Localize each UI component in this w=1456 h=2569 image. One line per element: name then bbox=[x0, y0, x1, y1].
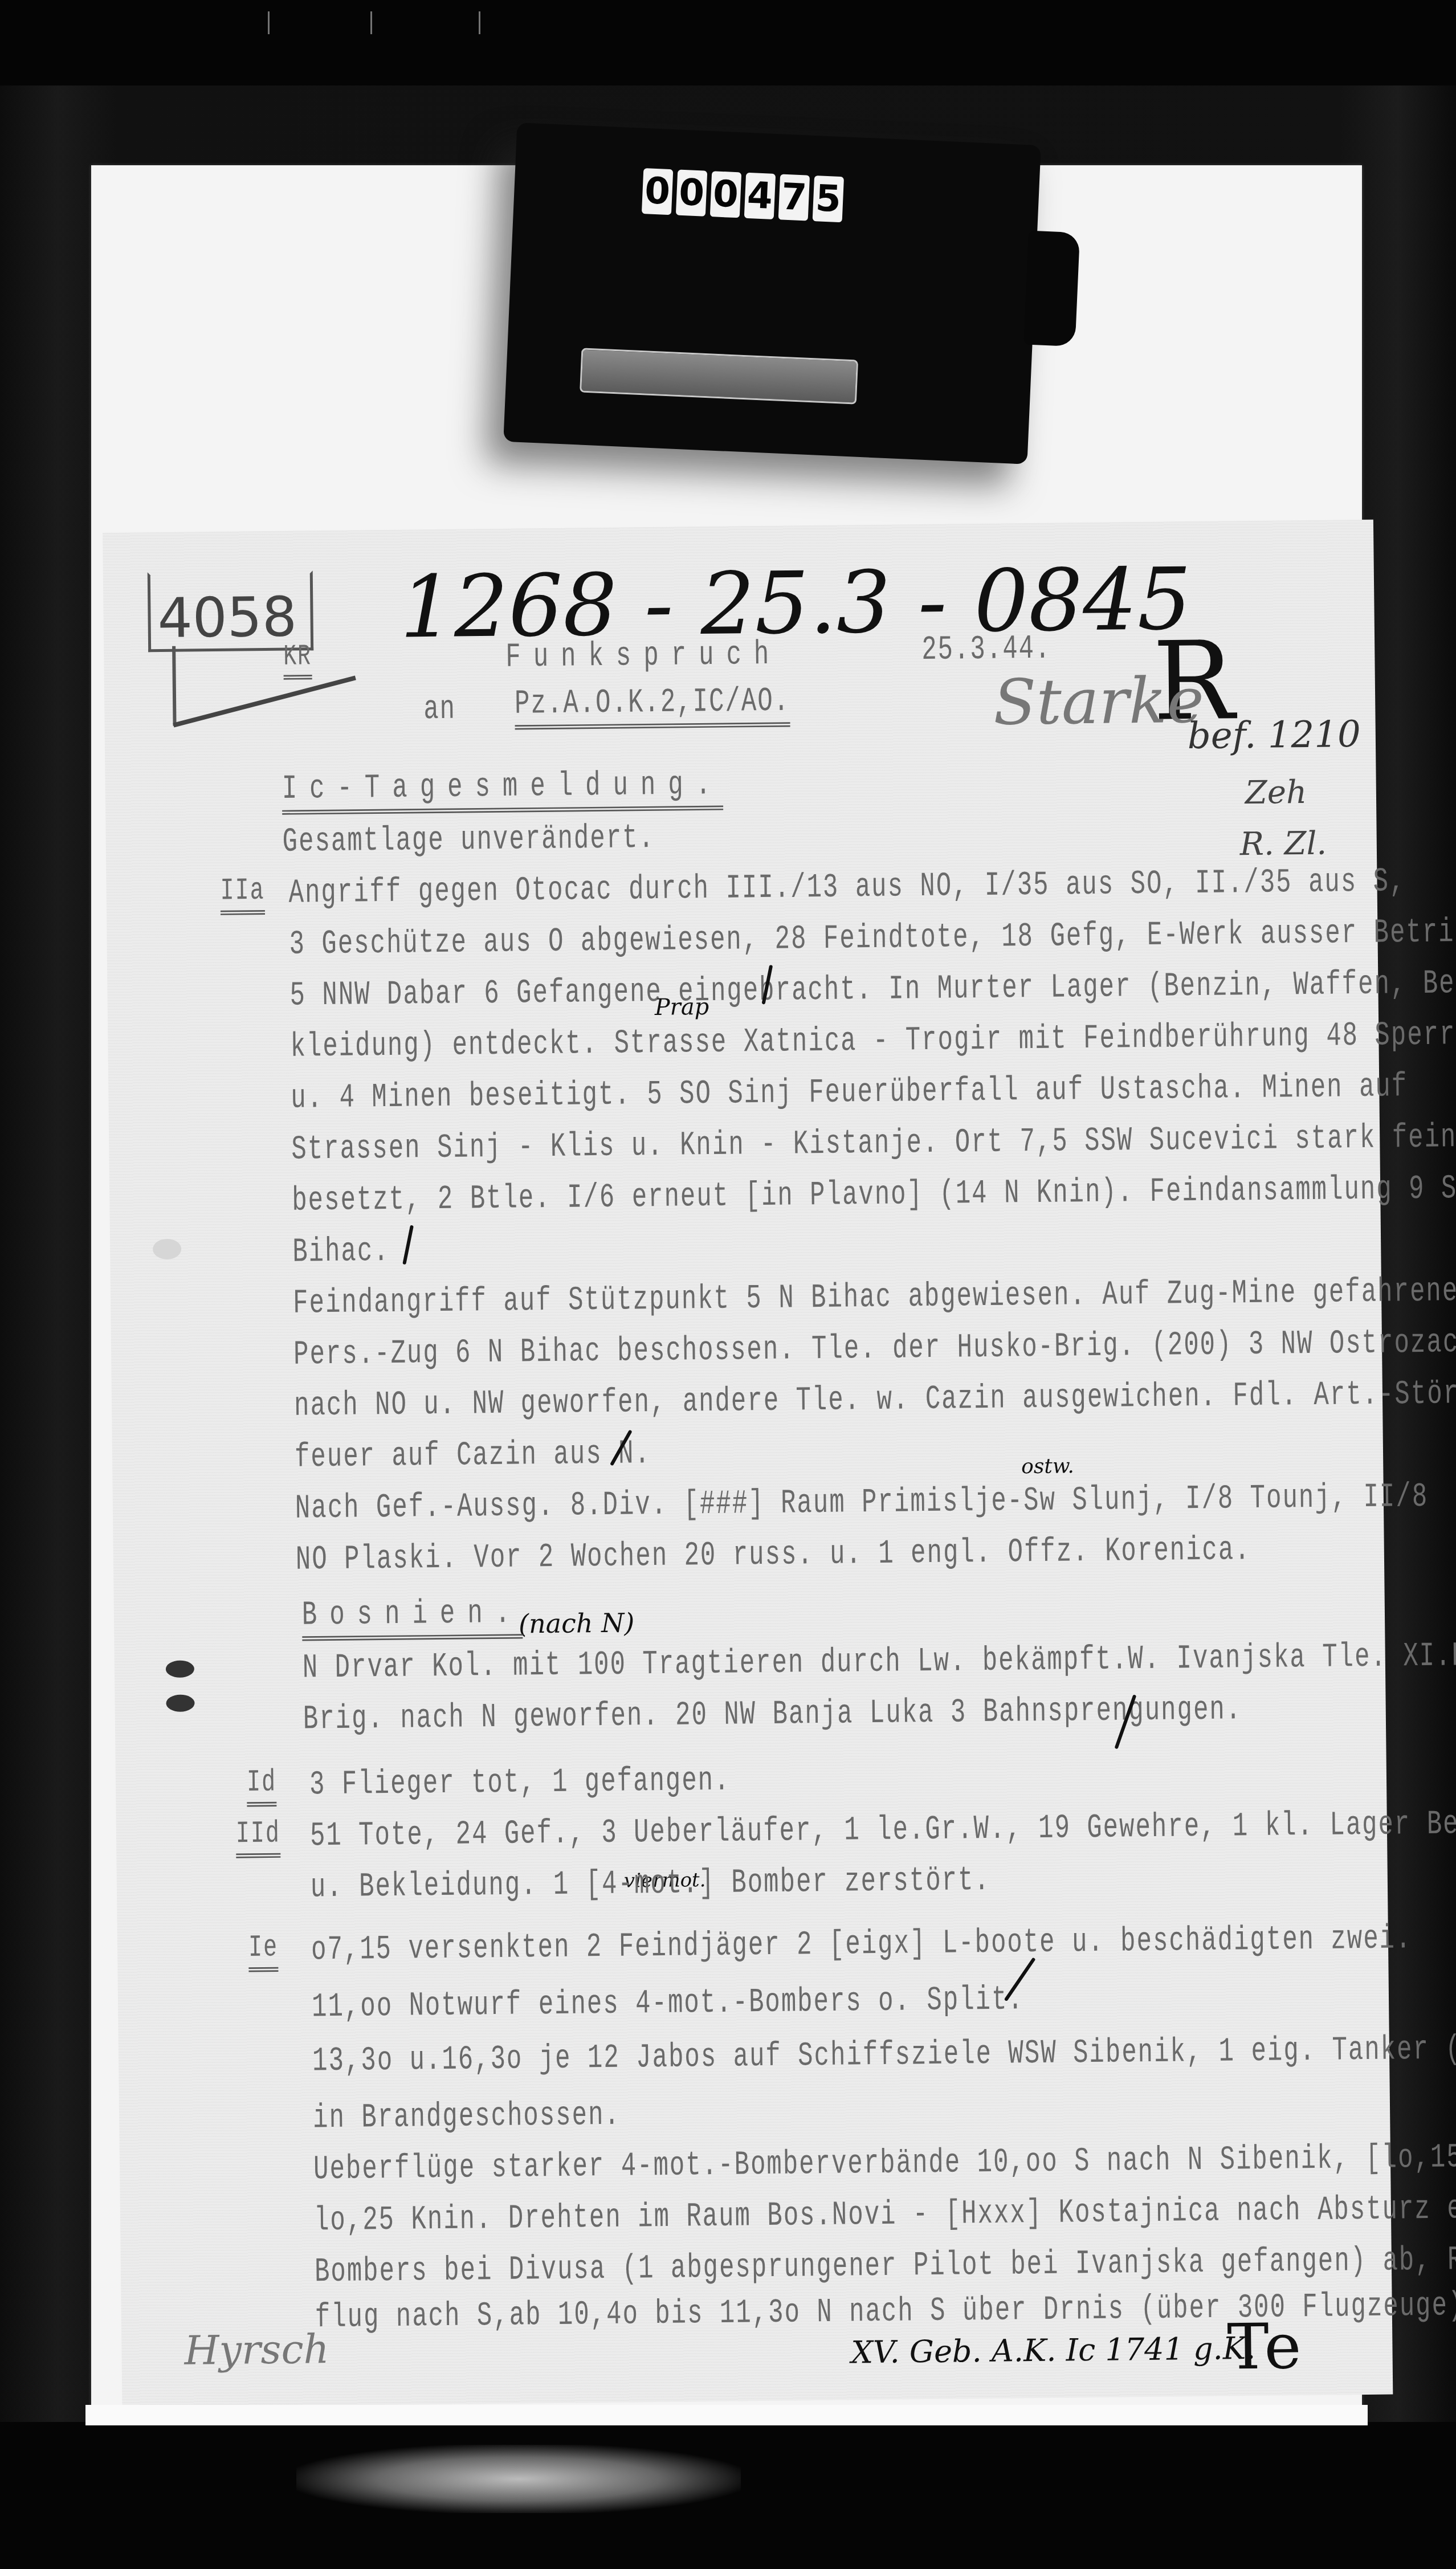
footer-signature: Hyrsch bbox=[184, 2326, 329, 2374]
counter-display: 0 0 0 4 7 5 bbox=[642, 168, 844, 222]
binder-hole bbox=[166, 1660, 194, 1678]
report-line: Ueberflüge starker 4-mot.-Bomberverbände… bbox=[313, 2137, 1456, 2189]
report-line: 51 Tote, 24 Gef., 3 Ueberläufer, 1 le.Gr… bbox=[310, 1805, 1456, 1856]
initials-top: Zeh bbox=[1245, 774, 1307, 812]
margin-label: Id bbox=[247, 1765, 277, 1807]
film-artifact bbox=[370, 11, 372, 34]
counter-digit: 0 bbox=[642, 168, 673, 215]
report-line: feuer auf Cazin aus N. bbox=[295, 1435, 651, 1477]
film-artifact-shadow bbox=[296, 2445, 741, 2513]
margin-label: IId bbox=[236, 1817, 281, 1858]
counter-digit: 5 bbox=[813, 176, 844, 222]
bracket-line bbox=[172, 646, 176, 726]
report-line: 5 NNW Dabar 6 Gefangene eingebracht. In … bbox=[289, 964, 1456, 1015]
received-note: bef. 1210 bbox=[1187, 713, 1361, 757]
section-heading: Bosnien. bbox=[302, 1594, 523, 1641]
counter-digit: 0 bbox=[710, 171, 741, 218]
counter-nameplate bbox=[580, 348, 858, 405]
report-line: Strassen Sinj - Klis u. Knin - Kistanje.… bbox=[291, 1118, 1456, 1169]
footer-reference: XV. Geb. A.K. Ic 1741 g.K. bbox=[851, 2330, 1255, 2370]
report-line: u. 4 Minen beseitigt. 5 SO Sinj Feuerübe… bbox=[291, 1068, 1408, 1118]
report-line: kleidung) entdeckt. Strasse Xatnica - Tr… bbox=[290, 1016, 1456, 1067]
document-type: Funkspruch bbox=[505, 635, 782, 677]
counter-digit: 4 bbox=[744, 173, 776, 219]
binder-hole bbox=[166, 1694, 194, 1712]
stamp-number: 4058 bbox=[157, 585, 297, 650]
binder-hole bbox=[153, 1239, 181, 1260]
document-page: 4058 1268 - 25.3 - 0845 R KR Funkspruch … bbox=[103, 520, 1393, 2408]
report-line: o7,15 versenkten 2 Feindjäger 2 [eigx] L… bbox=[311, 1920, 1412, 1970]
margin-label: Ie bbox=[248, 1931, 279, 1972]
footer-initials: Te bbox=[1227, 2310, 1302, 2383]
report-line: Nach Gef.-Aussg. 8.Div. [###] Raum Primi… bbox=[295, 1478, 1429, 1528]
report-intro: Gesamtlage unverändert. bbox=[282, 819, 655, 861]
counter-digit: 7 bbox=[778, 174, 810, 221]
page-edge bbox=[85, 2405, 1368, 2425]
counter-digit: 0 bbox=[676, 170, 707, 217]
report-title: Ic-Tagesmeldung. bbox=[282, 765, 723, 814]
report-line: in Brandgeschossen. bbox=[313, 2096, 621, 2138]
report-line: 3 Flieger tot, 1 gefangen. bbox=[309, 1761, 731, 1804]
handwritten-insertion: ostw. bbox=[1021, 1454, 1074, 1478]
report-line: 3 Geschütze aus O abgewiesen, 28 Feindto… bbox=[289, 913, 1456, 964]
report-line: NO Plaski. Vor 2 Wochen 20 russ. u. 1 en… bbox=[296, 1531, 1251, 1580]
film-artifact bbox=[479, 11, 480, 34]
recipient: Pz.A.O.K.2,IC/AO. bbox=[515, 682, 790, 729]
report-line: Angriff gegen Otocac durch III./13 aus N… bbox=[288, 863, 1406, 913]
report-line: u. Bekleidung. 1 [4-mot.] Bomber zerstör… bbox=[311, 1861, 991, 1907]
an-label: an bbox=[423, 690, 456, 729]
report-line: nach NO u. NW geworfen, andere Tle. w. C… bbox=[294, 1374, 1456, 1425]
bracket-stroke bbox=[173, 676, 356, 728]
report-line: Bihac. bbox=[292, 1232, 390, 1271]
film-artifact bbox=[268, 11, 270, 34]
report-line: besetzt, 2 Btle. I/6 erneut [in Plavno] … bbox=[292, 1169, 1456, 1220]
handwritten-insertion: Prap bbox=[655, 994, 709, 1021]
margin-label: IIa bbox=[220, 874, 265, 915]
report-line: Pers.-Zug 6 N Bihac beschossen. Tle. der… bbox=[293, 1324, 1456, 1375]
report-line: N Drvar Kol. mit 100 Tragtieren durch Lw… bbox=[303, 1636, 1456, 1687]
initials-second: R. Zl. bbox=[1239, 825, 1327, 863]
check-tick bbox=[402, 1225, 414, 1265]
frame-counter-device: 0 0 0 4 7 5 bbox=[503, 123, 1041, 464]
counter-knob bbox=[1024, 231, 1080, 347]
signature: Starke bbox=[993, 664, 1205, 739]
report-line: Brig. nach N geworfen. 20 NW Banja Luka … bbox=[303, 1691, 1242, 1739]
report-line: Feindangriff auf Stützpunkt 5 N Bihac ab… bbox=[293, 1272, 1456, 1323]
report-line: lo,25 Knin. Drehten im Raum Bos.Novi - [… bbox=[314, 2189, 1456, 2240]
document-date: 25.3.44. bbox=[921, 630, 1051, 670]
handwritten-insertion: (nach N) bbox=[519, 1607, 635, 1639]
report-line: 11,oo Notwurf eines 4-mot.-Bombers o. Sp… bbox=[312, 1981, 1024, 2027]
report-line: 13,3o u.16,3o je 12 Jabos auf Schiffszie… bbox=[312, 2029, 1456, 2081]
kr-label: KR bbox=[283, 640, 312, 679]
report-line: Bombers bei Divusa (1 abgesprungener Pil… bbox=[315, 2240, 1456, 2291]
